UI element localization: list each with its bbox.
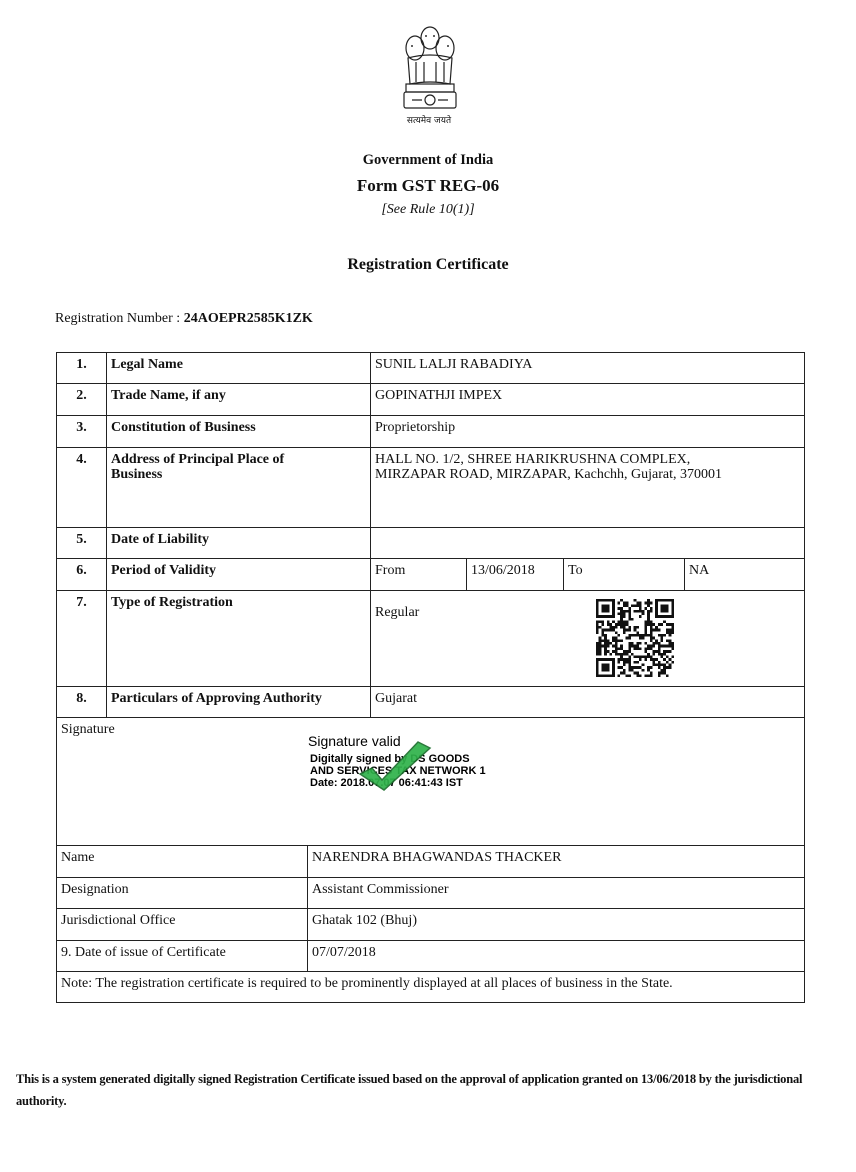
row-number: 7. [56, 590, 107, 687]
legal-name-value: SUNIL LALJI RABADIYA [370, 352, 805, 384]
row-number: 6. [56, 558, 107, 591]
emblem-motto: सत्यमेव जयते [370, 113, 488, 126]
registration-number-label: Registration Number : [55, 311, 180, 326]
constitution-value: Proprietorship [370, 415, 805, 448]
validity-label: Period of Validity [106, 558, 371, 591]
system-generated-notice: This is a system generated digitally sig… [16, 1068, 846, 1112]
approving-authority-label: Particulars of Approving Authority [106, 686, 371, 718]
signature-label: Signature [61, 722, 115, 737]
signature-valid-check-icon [356, 740, 436, 792]
liability-date-label: Date of Liability [106, 527, 371, 559]
jurisdictional-office-value: Ghatak 102 (Bhuj) [307, 908, 805, 941]
officer-name-value: NARENDRA BHAGWANDAS THACKER [307, 845, 805, 878]
legal-name-label: Legal Name [106, 352, 371, 384]
constitution-label: Constitution of Business [106, 415, 371, 448]
validity-to-value: NA [684, 558, 805, 591]
display-note: Note: The registration certificate is re… [56, 971, 805, 1003]
row-number: 8. [56, 686, 107, 718]
officer-name-label: Name [56, 845, 308, 878]
registration-type-value: Regular [370, 590, 805, 687]
form-title: Form GST REG-06 [0, 176, 856, 196]
validity-to-label: To [563, 558, 685, 591]
address-value: HALL NO. 1/2, SHREE HARIKRUSHNA COMPLEX,… [370, 447, 805, 528]
validity-from-value: 13/06/2018 [466, 558, 564, 591]
row-number: 5. [56, 527, 107, 559]
designation-label: Designation [56, 877, 308, 909]
national-emblem-icon [398, 22, 462, 114]
registration-number-value: 24AOEPR2585K1ZK [184, 311, 313, 326]
issue-date-value: 07/07/2018 [307, 940, 805, 972]
row-number: 2. [56, 383, 107, 416]
government-heading: Government of India [0, 152, 856, 169]
trade-name-value: GOPINATHJI IMPEX [370, 383, 805, 416]
rule-reference: [See Rule 10(1)] [0, 202, 856, 218]
row-number: 4. [56, 447, 107, 528]
qr-code [596, 599, 674, 677]
registration-type-label: Type of Registration [106, 590, 371, 687]
approving-authority-value: Gujarat [370, 686, 805, 718]
trade-name-label: Trade Name, if any [106, 383, 371, 416]
row-number: 3. [56, 415, 107, 448]
certificate-title: Registration Certificate [0, 256, 856, 274]
designation-value: Assistant Commissioner [307, 877, 805, 909]
row-number: 1. [56, 352, 107, 384]
liability-date-value [370, 527, 805, 559]
validity-from-label: From [370, 558, 467, 591]
issue-date-label: 9. Date of issue of Certificate [56, 940, 308, 972]
jurisdictional-office-label: Jurisdictional Office [56, 908, 308, 941]
address-label: Address of Principal Place of Business [106, 447, 371, 528]
registration-number: Registration Number : 24AOEPR2585K1ZK [55, 311, 313, 327]
